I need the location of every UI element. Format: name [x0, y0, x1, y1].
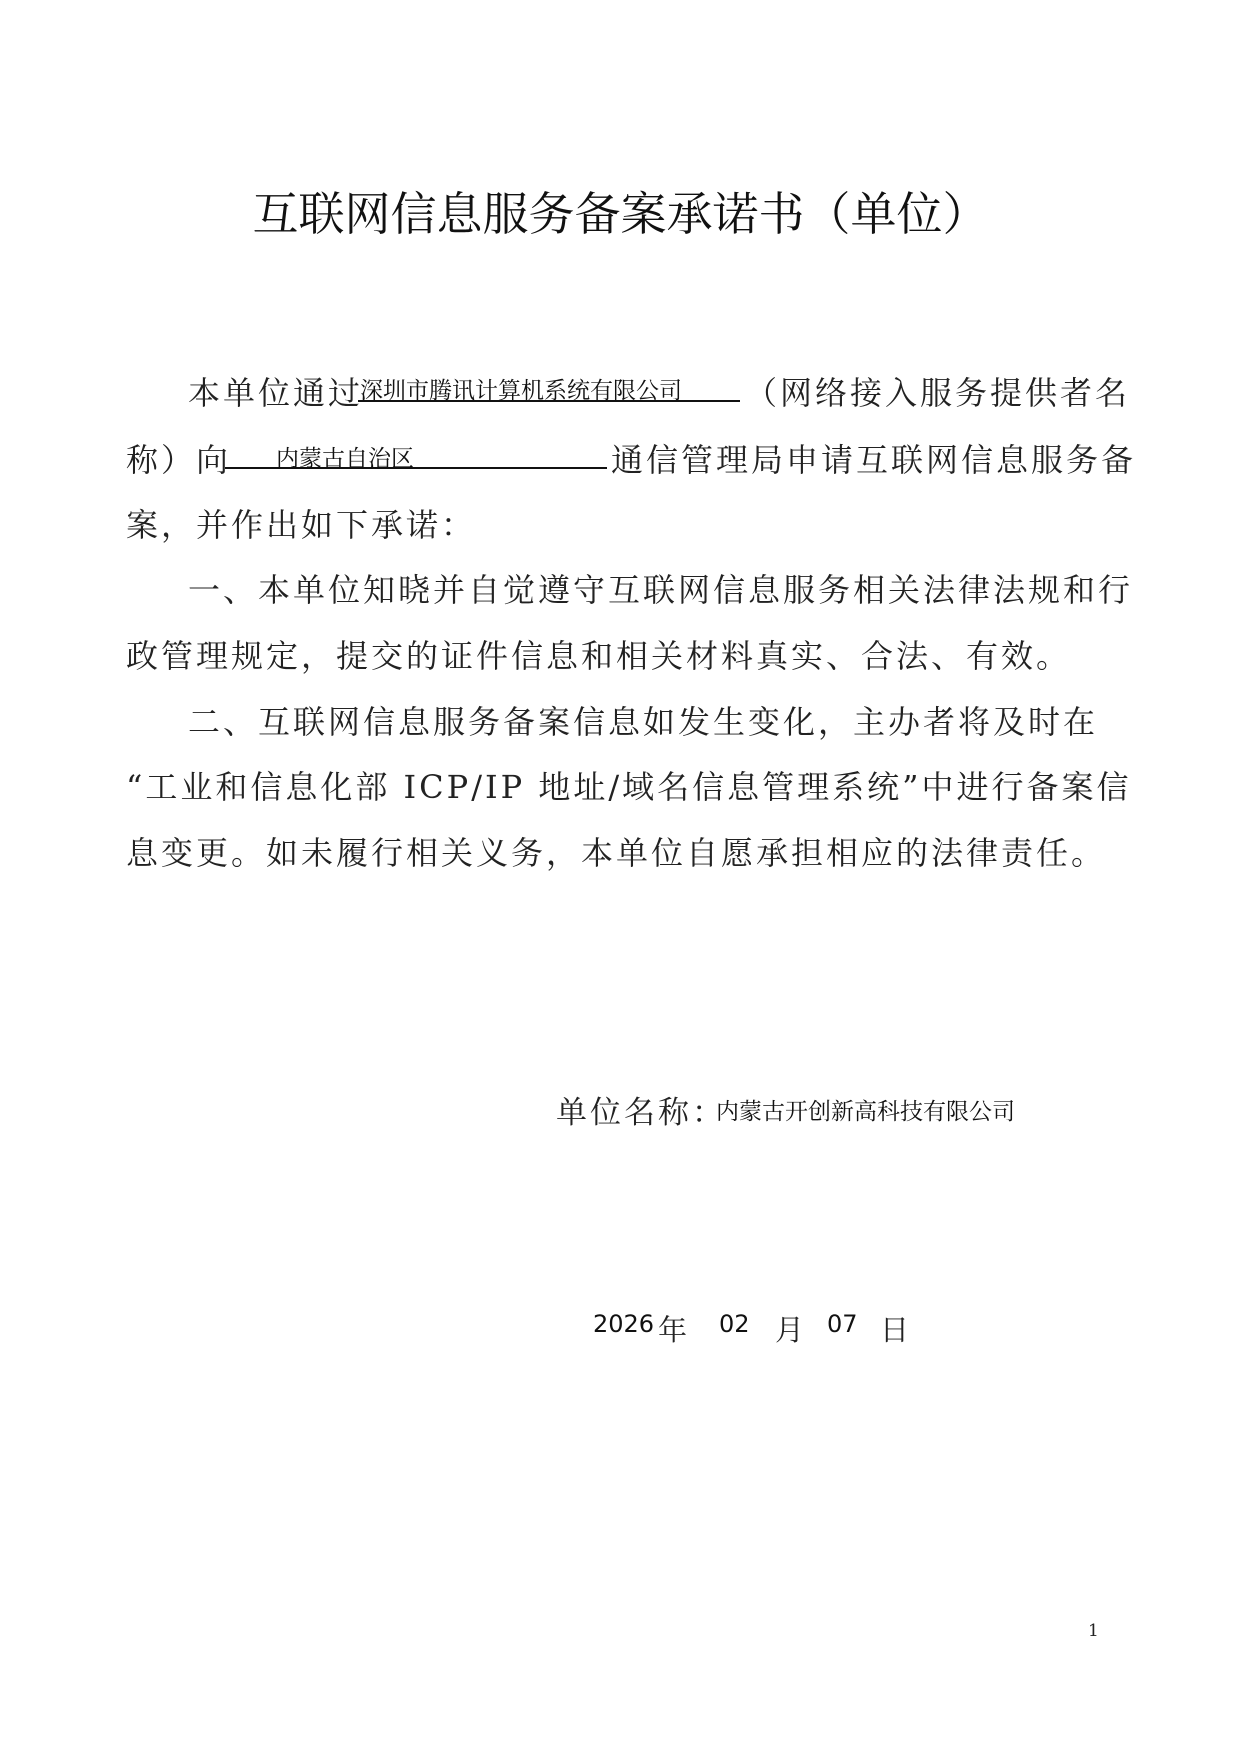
commitment1-line1: 一、本单位知晓并自觉遵守互联网信息服务相关法律法规和行: [188, 565, 1133, 611]
company-name-value: 内蒙古开创新高科技有限公司: [716, 1093, 1015, 1126]
page-number: 1: [1088, 1621, 1099, 1641]
date-year-unit: 年: [658, 1308, 687, 1349]
company-name-label: 单位名称：: [556, 1087, 726, 1132]
date-year: 2026: [593, 1310, 654, 1338]
intro-line1-prefix: 本单位通过: [188, 368, 363, 414]
commitment2-line2: “工业和信息化部 ICP/IP 地址/域名信息管理系统”中进行备案信: [126, 762, 1131, 808]
commitment2-line3: 息变更。如未履行相关义务，本单位自愿承担相应的法律责任。: [126, 828, 1106, 874]
commitment1-line2: 政管理规定，提交的证件信息和相关材料真实、合法、有效。: [126, 631, 1071, 677]
date-day: 07: [827, 1310, 858, 1338]
commitment2-line1: 二、互联网信息服务备案信息如发生变化，主办者将及时在: [188, 697, 1098, 743]
intro-line2-prefix: 称）向: [126, 435, 231, 481]
date-month: 02: [719, 1310, 750, 1338]
intro-line1-suffix: （网络接入服务提供者名: [745, 368, 1130, 414]
access-provider-value: 深圳市腾讯计算机系统有限公司: [360, 372, 682, 405]
document-page: 互联网信息服务备案承诺书（单位） 本单位通过 深圳市腾讯计算机系统有限公司 （网…: [0, 0, 1241, 1755]
region-value: 内蒙古自治区: [276, 440, 414, 473]
date-day-unit: 日: [880, 1308, 909, 1349]
document-title: 互联网信息服务备案承诺书（单位）: [0, 178, 1241, 244]
intro-line3: 案，并作出如下承诺：: [126, 500, 476, 546]
date-month-unit: 月: [775, 1308, 804, 1349]
intro-line2-suffix: 通信管理局申请互联网信息服务备: [611, 435, 1136, 481]
